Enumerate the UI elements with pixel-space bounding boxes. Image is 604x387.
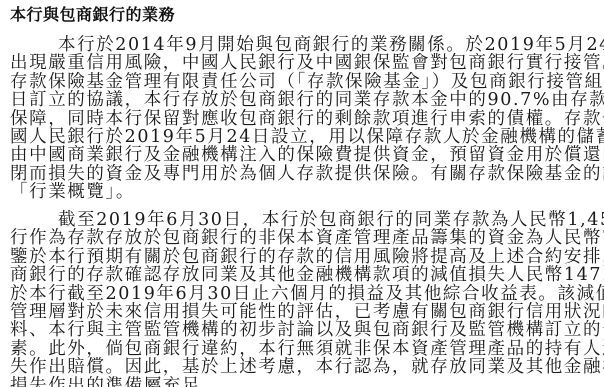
- paragraph-line: 行作為存款存放於包商銀行的非保本資產管理產品籌集的資金為人民幣732.2百萬元。: [10, 229, 596, 247]
- paragraph-line: 商銀行的存款確認存放同業及其他金融機構款項的減值損失人民幣147.8百萬元，反映: [10, 266, 596, 284]
- paragraph-line: 於本行截至2019年6月30日止六個月的損益及其他綜合收益表。該減值損失乃基於本…: [10, 285, 596, 303]
- paragraph-1: 本行於2014年9月開始與包商銀行的業務關係。於2019年5月24日，由於包商銀…: [10, 36, 596, 202]
- paragraph-line: 損失作出的準備屬充足。: [10, 377, 596, 387]
- paragraph-line: 失作出賠償。因此，基於上述考慮，本行認為，就存放同業及其他金融機構款項減值: [10, 358, 596, 376]
- paragraph-line: 素。此外，倘包商銀行違約，本行無須就非保本資產管理產品的持有人遭受的任何損: [10, 340, 596, 358]
- paragraph-line: 日訂立的協議，本行存放於包商銀行的同業存款本金中的90.7%由存款保險基金進行: [10, 91, 596, 109]
- paragraph-line: 出現嚴重信用風險，中國人民銀行及中國銀保監會對包商銀行實行接管。根據本行、: [10, 54, 596, 72]
- paragraph-line: 保障，同時本行保留對應收包商銀行的剩餘款項進行申索的債權。存款保險基金由中: [10, 110, 596, 128]
- paragraph-2: 截至2019年6月30日，本行於包商銀行的同業存款為人民幣1,450.0百萬元，…: [10, 211, 596, 387]
- heading: 本行與包商銀行的業務: [10, 2, 175, 25]
- paragraph-line: 閉而損失的資金及專門用於為個人存款提供保險。有關存款保險基金的詳情，請參閱: [10, 165, 596, 183]
- paragraph-line: 管理層對於未來信用損失可能性的評估，已考慮有關包商銀行信用狀況的現有市場資: [10, 303, 596, 321]
- paragraph-line: 「行業概覽」。: [10, 183, 596, 201]
- paragraph-line: 由中國商業銀行及金融機構注入的保險費提供資金，預留資金用於償還因金融機構倒: [10, 146, 596, 164]
- paragraph-line: 存款保險基金管理有限責任公司（「存款保險基金」）及包商銀行接管組於2019年6月…: [10, 73, 596, 91]
- paragraph-line: 本行於2014年9月開始與包商銀行的業務關係。於2019年5月24日，由於包商銀…: [10, 36, 596, 54]
- paragraph-line: 料、本行與主管監管機構的初步討論以及與包商銀行及監管機構訂立的合約安排等因: [10, 321, 596, 339]
- paragraph-line: 國人民銀行於2019年5月24日設立，用以保障存款人於金融機構的儲蓄。存款保險基…: [10, 128, 596, 146]
- paragraph-line: 截至2019年6月30日，本行於包商銀行的同業存款為人民幣1,450.0百萬元，…: [10, 211, 596, 229]
- paragraph-line: 鑒於本行預期有關於包商銀行的存款的信用風險將提高及上述合約安排，本行就於包: [10, 248, 596, 266]
